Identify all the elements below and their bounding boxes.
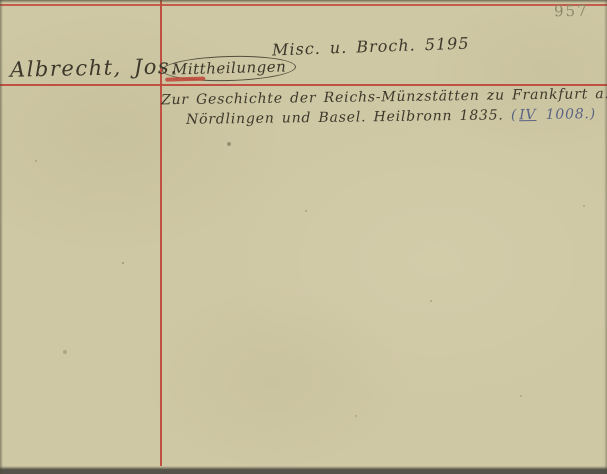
volume-roman-numeral: IV bbox=[517, 107, 538, 123]
card-left-edge-shadow bbox=[0, 0, 3, 474]
paper-speckles bbox=[0, 0, 2, 2]
volume-number: 1008.) bbox=[546, 106, 597, 123]
title-line-2: Nördlingen und Basel. Heilbronn 1835. (I… bbox=[186, 106, 596, 128]
card-bottom-edge-shadow bbox=[0, 466, 607, 474]
red-underline-mark bbox=[165, 77, 205, 82]
title-line-1: Zur Geschichte der Reichs-Münzstätten zu… bbox=[161, 86, 607, 109]
red-rule-middle bbox=[0, 84, 607, 86]
red-rule-top bbox=[0, 4, 607, 6]
author-heading: Albrecht, Jos. bbox=[10, 54, 179, 82]
card-top-edge-shadow bbox=[0, 0, 607, 3]
corner-number: 957 bbox=[554, 2, 589, 21]
shelfmark: Misc. u. Broch. 5195 bbox=[272, 34, 470, 60]
title-line-2-text: Nördlingen und Basel. Heilbronn 1835. bbox=[186, 107, 504, 127]
catalog-card: 957 Albrecht, Jos. Mittheilungen Misc. u… bbox=[0, 0, 607, 474]
series-title: Mittheilungen bbox=[172, 58, 287, 79]
volume-reference: (IV 1008.) bbox=[511, 106, 596, 123]
